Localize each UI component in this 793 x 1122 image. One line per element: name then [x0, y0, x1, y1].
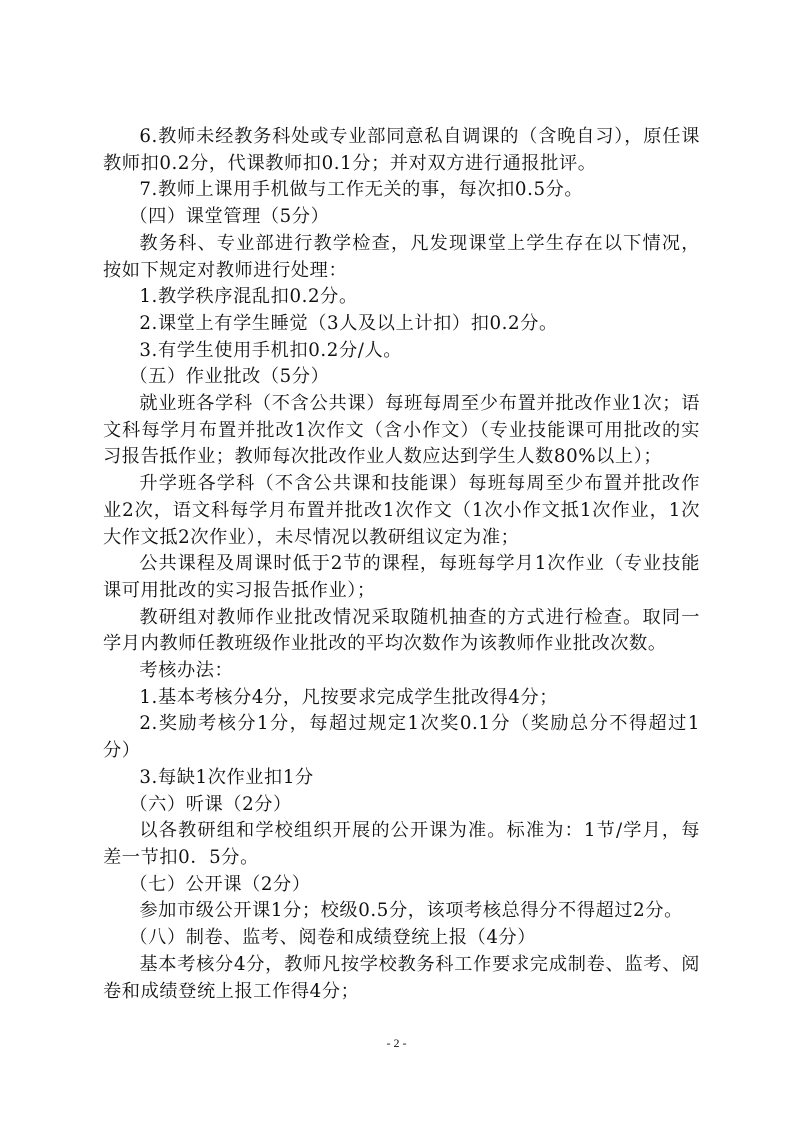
homework-advancement-classes: 升学班各学科（不含公共课和技能课）每班每周至少布置并批改作业2次，语文科每学月布…: [103, 471, 700, 551]
section-heading-homework-grading: （五）作业批改（5分）: [103, 364, 700, 391]
open-class-scoring: 参加市级公开课1分；校级0.5分，该项考核总得分不得超过2分。: [103, 898, 700, 925]
document-page: 6.教师未经教务科处或专业部同意私自调课的（含晚自习），原任课教师扣0.2分，代…: [0, 0, 793, 1122]
assessment-item-1: 1.基本考核分4分，凡按要求完成学生批改得4分；: [103, 685, 700, 712]
section-heading-exam-duties: （八）制卷、监考、阅卷和成绩登统上报（4分）: [103, 925, 700, 952]
homework-spot-check: 教研组对教师作业批改情况采取随机抽查的方式进行检查。取同一学月内教师任教班级作业…: [103, 605, 700, 658]
section-heading-classroom-management: （四）课堂管理（5分）: [103, 204, 700, 231]
document-body: 6.教师未经教务科处或专业部同意私自调课的（含晚自习），原任课教师扣0.2分，代…: [103, 124, 700, 1005]
assessment-item-3: 3.每缺1次作业扣1分: [103, 765, 700, 792]
page-number: - 2 -: [0, 1036, 793, 1051]
classroom-item-2: 2.课堂上有学生睡觉（3人及以上计扣）扣0.2分。: [103, 311, 700, 338]
assessment-item-2: 2.奖励考核分1分，每超过规定1次奖0.1分（奖励总分不得超过1分）: [103, 711, 700, 764]
section-heading-open-class: （七）公开课（2分）: [103, 872, 700, 899]
assessment-method-label: 考核办法：: [103, 658, 700, 685]
section-heading-lesson-observation: （六）听课（2分）: [103, 792, 700, 819]
lesson-observation-standard: 以各教研组和学校组织开展的公开课为准。标准为：1节/学月，每差一节扣0．5分。: [103, 818, 700, 871]
homework-employment-classes: 就业班各学科（不含公共课）每班每周至少布置并批改作业1次；语文科每学月布置并批改…: [103, 391, 700, 471]
classroom-item-3: 3.有学生使用手机扣0.2分/人。: [103, 338, 700, 365]
item-7-phone-use: 7.教师上课用手机做与工作无关的事，每次扣0.5分。: [103, 177, 700, 204]
exam-duties-scoring: 基本考核分4分，教师凡按学校教务科工作要求完成制卷、监考、阅卷和成绩登统上报工作…: [103, 952, 700, 1005]
classroom-inspection-intro: 教务科、专业部进行教学检查，凡发现课堂上学生存在以下情况，按如下规定对教师进行处…: [103, 231, 700, 284]
classroom-item-1: 1.教学秩序混乱扣0.2分。: [103, 284, 700, 311]
item-6-unauthorized-class-swap: 6.教师未经教务科处或专业部同意私自调课的（含晚自习），原任课教师扣0.2分，代…: [103, 124, 700, 177]
homework-public-courses: 公共课程及周课时低于2节的课程，每班每学月1次作业（专业技能课可用批改的实习报告…: [103, 551, 700, 604]
